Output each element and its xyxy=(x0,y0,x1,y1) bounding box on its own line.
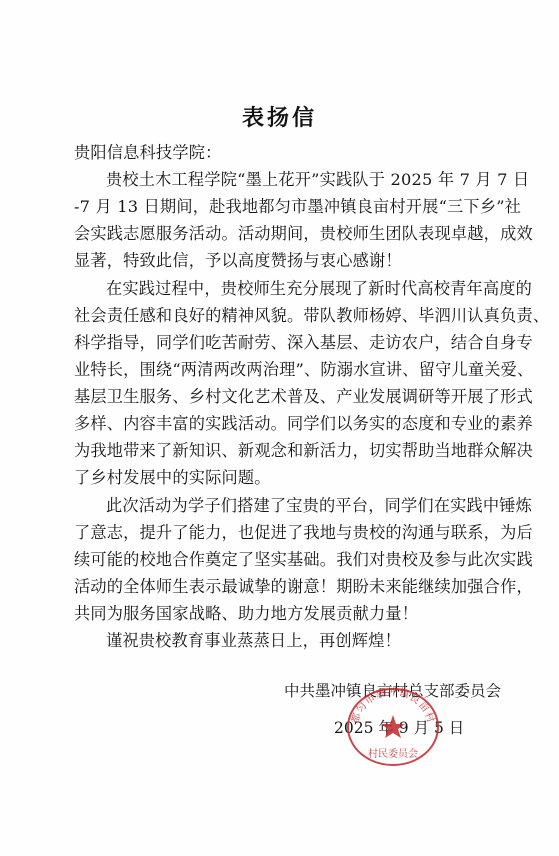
body-line: 了乡村发展中的实际问题。 xyxy=(74,468,498,488)
body-line: 会实践志愿服务活动。活动期间，贵校师生团队表现卓越，成效 xyxy=(74,224,498,244)
signature-date: 2025 年 9 月 5 日 xyxy=(334,718,464,738)
body-line: 贵校土木工程学院“墨上花开”实践队于 2025 年 7 月 7 日 xyxy=(106,170,498,190)
letter-title: 表扬信 xyxy=(0,101,559,132)
body-line: 显著，特致此信，予以高度赞扬与衷心感谢！ xyxy=(74,251,498,271)
body-line: 基层卫生服务、乡村文化艺术普及、产业发展调研等开展了形式 xyxy=(74,387,498,407)
body-line: 业特长，围绕“两清两改两治理”、防溺水宣讲、留守儿童关爱、 xyxy=(74,360,498,380)
body-line: 此次活动为学子们搭建了宝贵的平台，同学们在实践中锤炼 xyxy=(106,496,498,516)
seal-bottom-text: 村民委员会 xyxy=(368,747,418,760)
closing-line: 谨祝贵校教育事业蒸蒸日上，再创辉煌！ xyxy=(106,631,498,651)
body-line: 为我地带来了新知识、新观念和新活力，切实帮助当地群众解决 xyxy=(74,441,498,461)
signature-organization: 中共墨冲镇良亩村总支部委员会 xyxy=(284,681,501,701)
salutation: 贵阳信息科技学院： xyxy=(74,143,498,163)
letter-page: 表扬信 贵阳信息科技学院： 贵校土木工程学院“墨上花开”实践队于 2025 年 … xyxy=(0,0,559,856)
body-line: -7 月 13 日期间，赴我地都匀市墨冲镇良亩村开展“三下乡”社 xyxy=(74,197,498,217)
body-line: 科学指导，同学们吃苦耐劳、深入基层、走访农户，结合自身专 xyxy=(74,333,498,353)
body-line: 了意志，提升了能力，也促进了我地与贵校的沟通与联系，为后 xyxy=(74,523,498,543)
body-line: 多样、内容丰富的实践活动。同学们以务实的态度和专业的素养 xyxy=(74,414,498,434)
body-line: 社会责任感和良好的精神风貌。带队教师杨婷、毕泗川认真负责、 xyxy=(74,306,498,326)
body-line: 活动的全体师生表示最诚挚的谢意！期盼未来能继续加强合作， xyxy=(74,577,498,597)
body-line: 在实践过程中，贵校师生充分展现了新时代高校青年高度的 xyxy=(106,279,498,299)
body-line: 共同为服务国家战略、助力地方发展贡献力量！ xyxy=(74,604,498,624)
body-line: 续可能的校地合作奠定了坚实基础。我们对贵校及参与此次实践 xyxy=(74,550,498,570)
